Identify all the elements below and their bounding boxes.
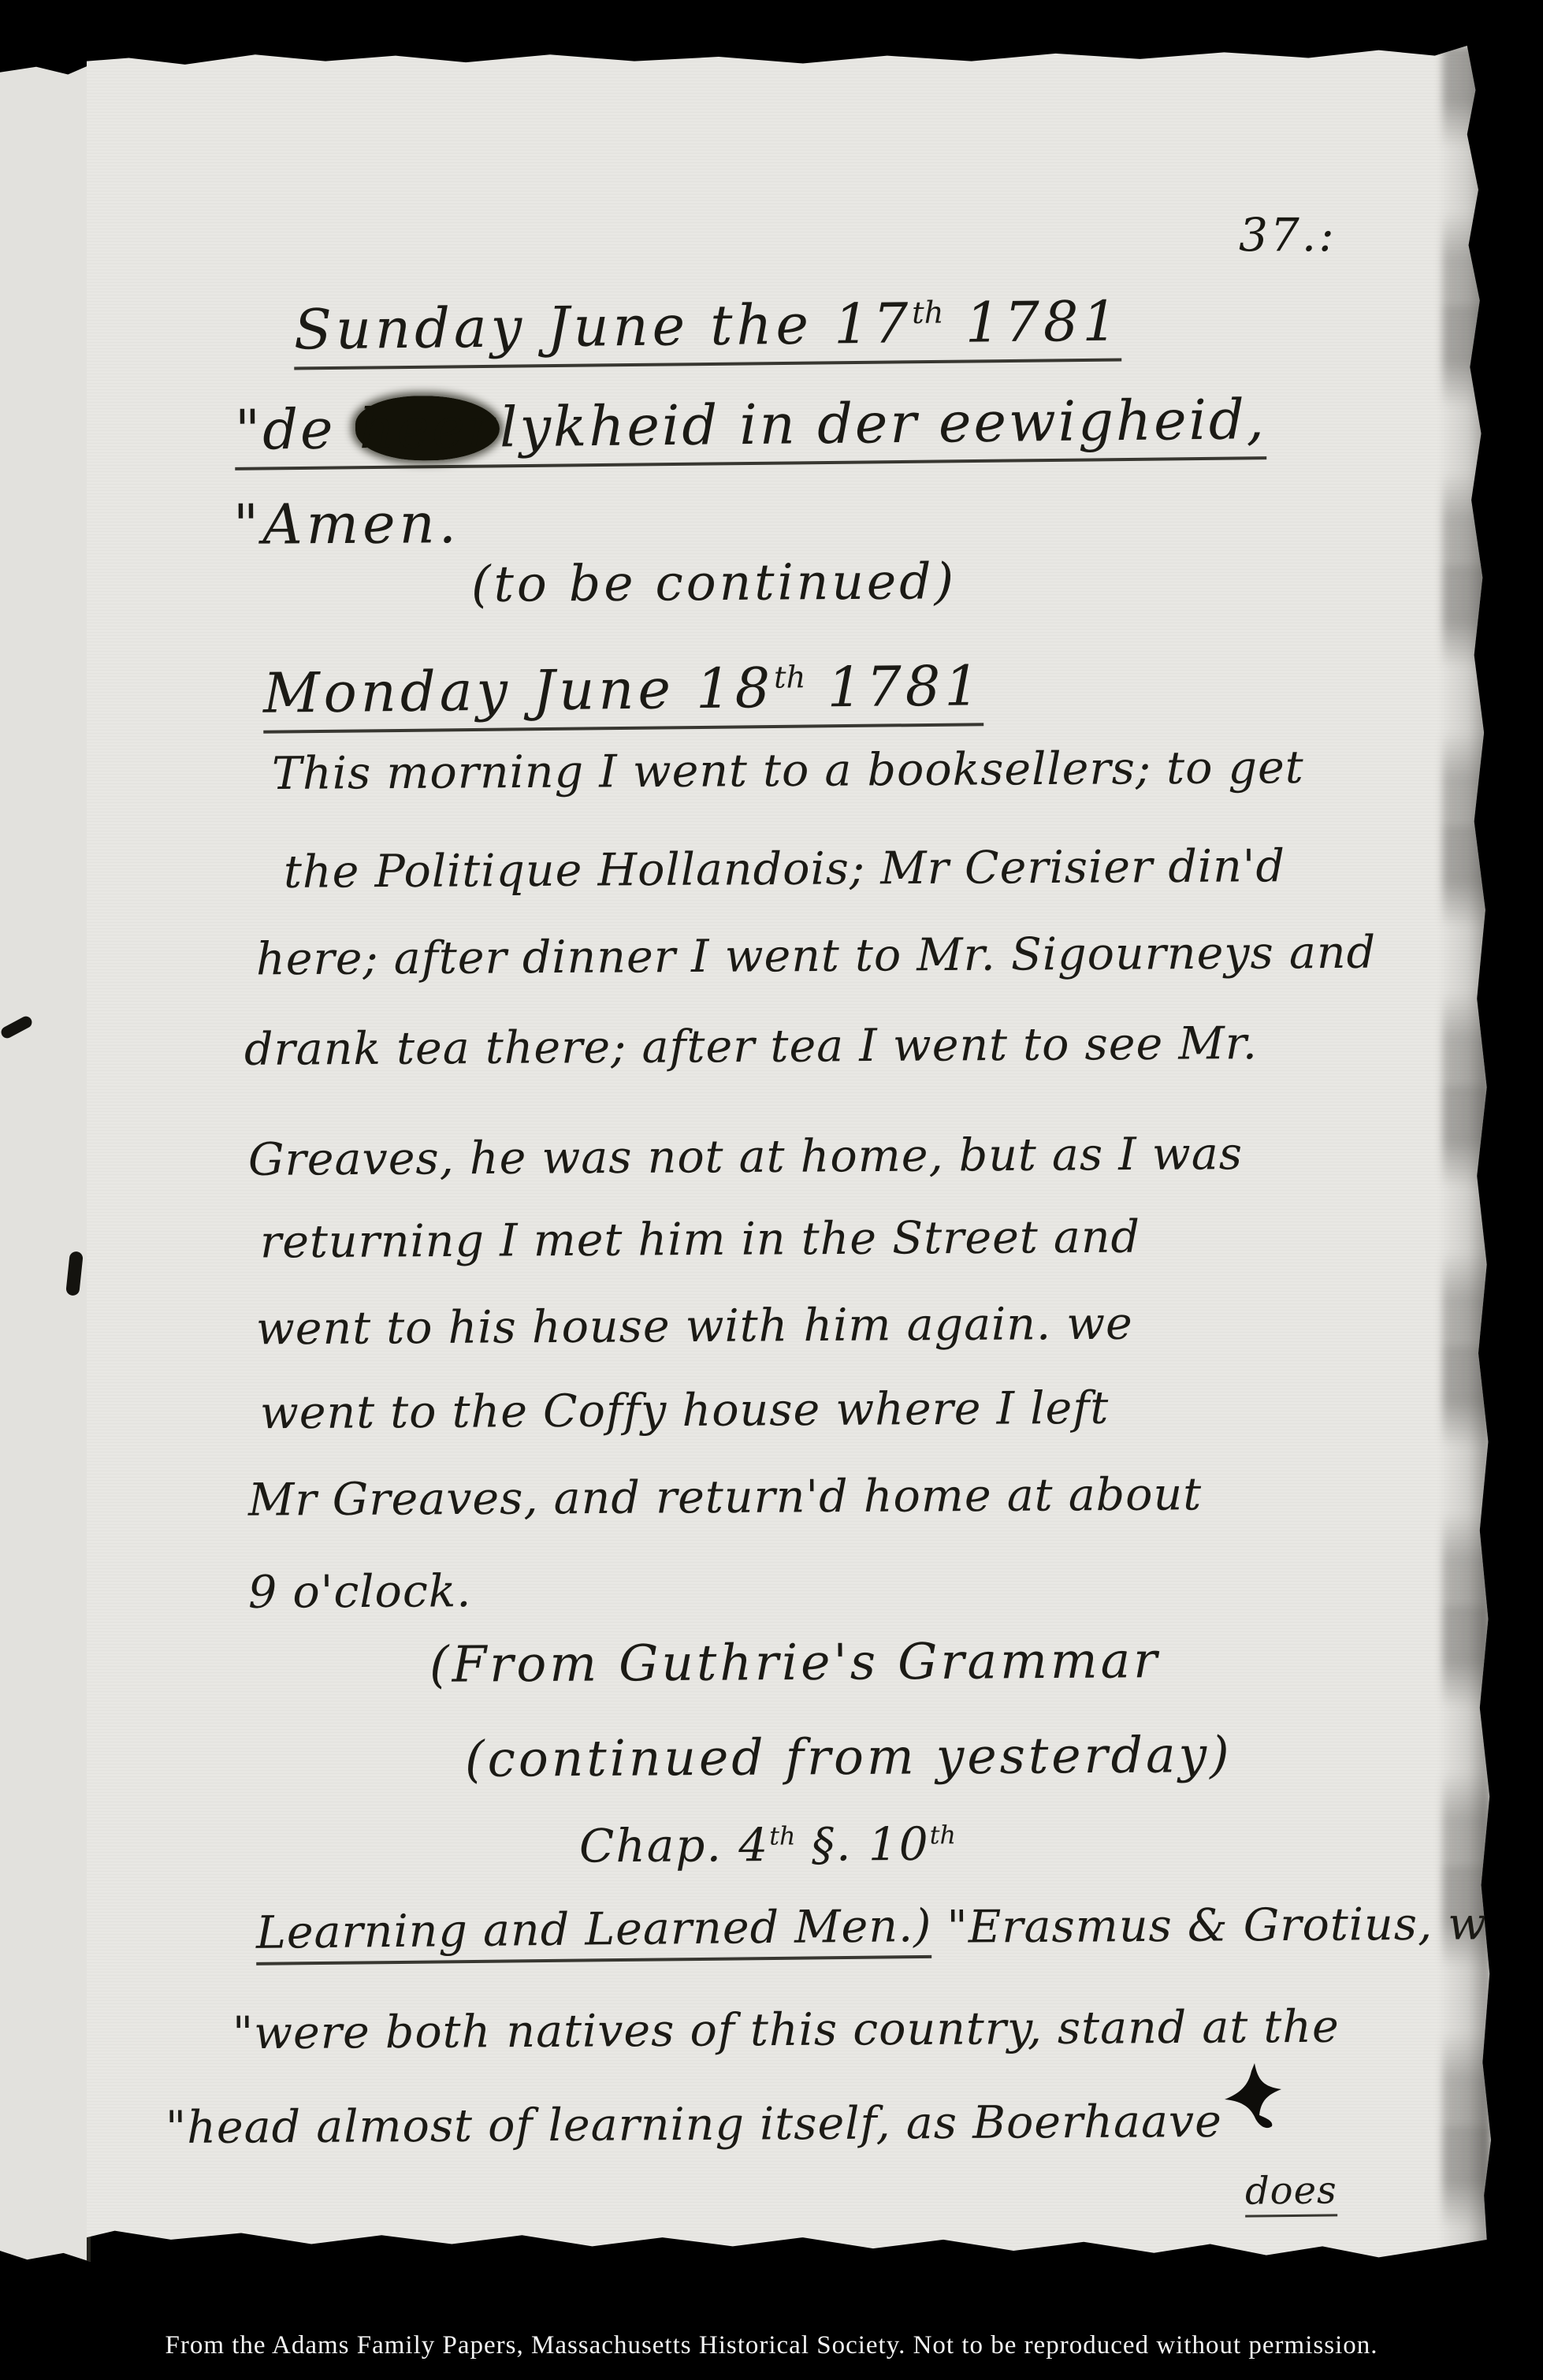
diary-line: went to the Coffy house where I left xyxy=(260,1386,1110,1437)
blotted-word: heer xyxy=(355,395,500,461)
diary-line: 9 o'clock. xyxy=(248,1569,472,1616)
facing-page-edge xyxy=(0,65,91,2262)
chapter-line: Chap. 4th §. 10th xyxy=(579,1821,956,1869)
learning-line: Learning and Learned Men.) "Erasmus & Gr… xyxy=(256,1902,1543,1964)
entry-date-monday-text: Monday June 18th 1781 xyxy=(263,658,983,734)
learning-rest-text: "Erasmus & Grotius, who xyxy=(931,1898,1543,1954)
ordinal-superscript: th xyxy=(930,1820,957,1850)
ink-blot-shape xyxy=(1225,2063,1281,2128)
ordinal-superscript: th xyxy=(912,296,944,331)
ordinal-superscript: th xyxy=(774,660,806,695)
ink-speck xyxy=(0,1014,34,1040)
date-text: 1781 xyxy=(943,289,1121,355)
ordinal-superscript: th xyxy=(769,1820,796,1850)
date-text: Sunday June the 17 xyxy=(294,291,913,362)
learning-underlined-text: Learning and Learned Men.) xyxy=(256,1904,932,1965)
quote-text: lykheid in der eewigheid, xyxy=(500,387,1266,459)
guthrie-subheading: (continued from yesterday) xyxy=(465,1730,1233,1784)
entry-date-sunday: Sunday June the 17th 1781 xyxy=(294,296,1122,368)
amen-line: "Amen. xyxy=(233,496,460,552)
quote-line-does: does xyxy=(1245,2172,1337,2218)
guthrie-heading: (From Guthrie's Grammar xyxy=(429,1635,1161,1690)
ink-speck xyxy=(65,1251,84,1296)
manuscript-scan-root: { "page_number": "37.:", "entries": { "s… xyxy=(0,0,1543,2380)
diary-page: 37.: Sunday June the 17th 1781 "de heerl… xyxy=(87,46,1491,2262)
page-number: 37.: xyxy=(1239,208,1337,262)
chapter-text: Chap. 4 xyxy=(579,1818,770,1872)
quote-line: "were both natives of this country, stan… xyxy=(232,2005,1340,2057)
date-text: 1781 xyxy=(805,653,983,720)
does-underlined-text: does xyxy=(1245,2171,1337,2217)
diary-line: returning I met him in the Street and xyxy=(260,1215,1140,1266)
dutch-quote-line: "de heerlykheid in der eewigheid, xyxy=(235,394,1267,468)
chapter-text: §. 10 xyxy=(795,1817,930,1872)
entry-date-sunday-text: Sunday June the 17th 1781 xyxy=(294,294,1121,370)
manuscript-scan: 37.: Sunday June the 17th 1781 "de heerl… xyxy=(0,0,1543,2380)
diary-line: drank tea there; after tea I went to see… xyxy=(244,1021,1258,1073)
dutch-quote-text: "de heerlykheid in der eewigheid, xyxy=(235,392,1266,470)
diary-line: here; after dinner I went to Mr. Sigourn… xyxy=(256,931,1376,983)
entry-date-monday: Monday June 18th 1781 xyxy=(263,660,983,732)
quote-line: "head almost of learning itself, as Boer… xyxy=(165,2099,1222,2151)
diary-line: the Politique Hollandois; Mr Cerisier di… xyxy=(284,844,1285,895)
ink-blot xyxy=(1220,2063,1296,2131)
diary-line: Greaves, he was not at home, but as I wa… xyxy=(248,1132,1243,1183)
diary-line: went to his house with him again. we xyxy=(256,1302,1133,1352)
quote-text: "de xyxy=(235,396,355,463)
diary-line: This morning I went to a booksellers; to… xyxy=(272,746,1304,797)
credit-line: From the Adams Family Papers, Massachuse… xyxy=(0,2331,1543,2360)
to-be-continued-line: (to be continued) xyxy=(471,556,957,609)
date-text: Monday June 18 xyxy=(263,656,775,726)
diary-line: Mr Greaves, and return'd home at about xyxy=(248,1472,1202,1523)
